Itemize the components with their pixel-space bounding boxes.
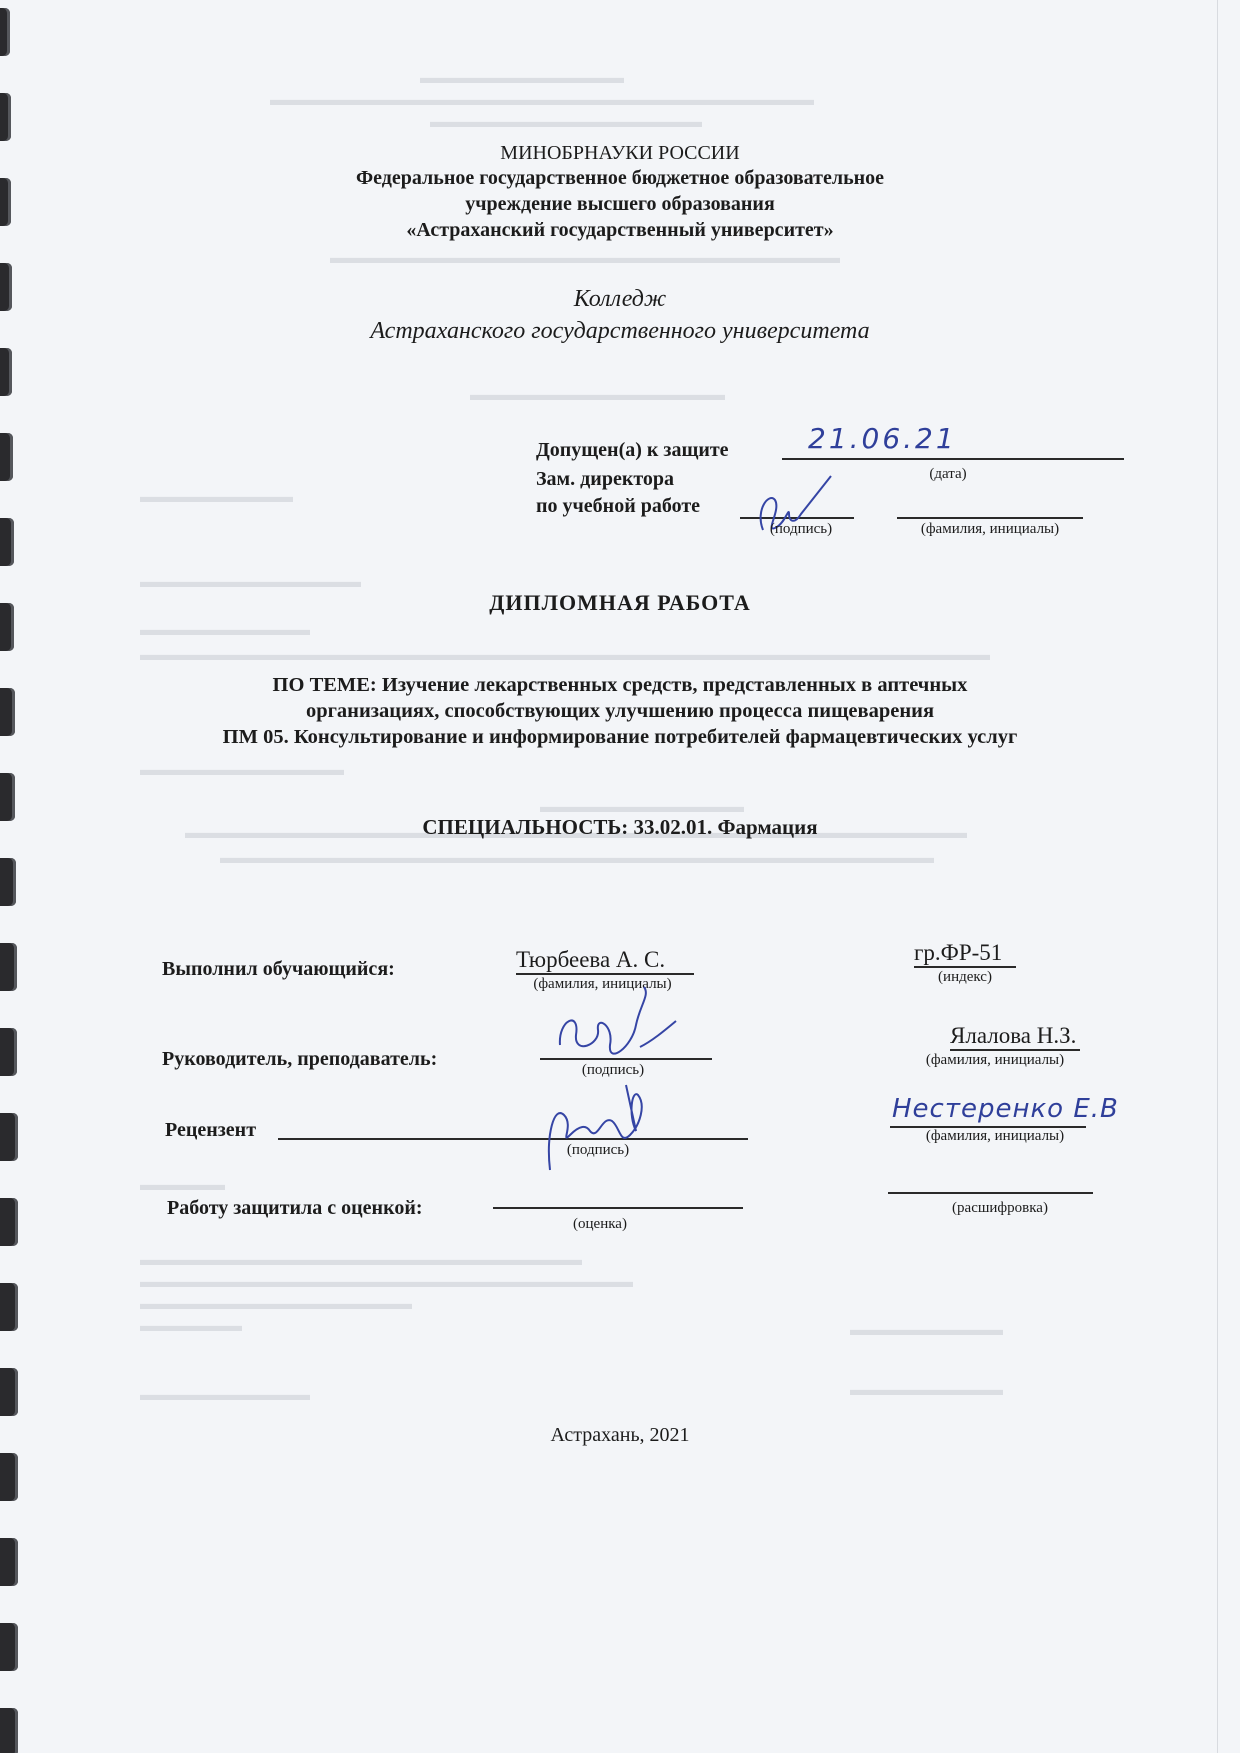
supervisor-name-caption: (фамилия, инициалы) [905, 1052, 1085, 1069]
reviewer-signature [520, 1075, 660, 1185]
binding-ring [0, 1623, 18, 1671]
binding-ring [0, 1113, 18, 1161]
admitted-date-line [782, 458, 1124, 460]
institution-line-2: учреждение высшего образования [0, 193, 1240, 216]
admitted-label: Допущен(а) к защите [536, 439, 729, 462]
supervisor-name-underline [950, 1049, 1080, 1051]
reviewer-signature-caption: (подпись) [553, 1142, 643, 1159]
admitted-date-value: 21.06.21 [808, 422, 957, 455]
institution-line-1: Федеральное государственное бюджетное об… [0, 167, 1240, 190]
deputy-title-line-1: Зам. директора [536, 468, 674, 491]
binding-ring [0, 1453, 18, 1501]
topic-line-1: ПО ТЕМЕ: Изучение лекарственных средств,… [0, 674, 1240, 697]
deputy-name-caption: (фамилия, инициалы) [895, 521, 1085, 538]
binding-ring [0, 433, 13, 481]
student-group-caption: (индекс) [914, 969, 1016, 986]
reviewer-name: Нестеренко Е.В [892, 1094, 1119, 1124]
binding-ring [0, 1198, 18, 1246]
binding-ring [0, 1708, 18, 1753]
binding-ring [0, 773, 15, 821]
binding-ring [0, 518, 14, 566]
supervisor-label: Руководитель, преподаватель: [162, 1048, 437, 1071]
college-line-2: Астраханского государственного университ… [0, 318, 1240, 345]
date-caption: (дата) [888, 466, 1008, 483]
student-group-underline [914, 966, 1016, 968]
binding-ring [0, 348, 12, 396]
deputy-signature-caption: (подпись) [756, 521, 846, 538]
student-name: Тюрбеева А. С. [516, 947, 665, 973]
decoding-caption: (расшифровка) [930, 1200, 1070, 1217]
decoding-line [888, 1192, 1093, 1194]
binding-ring [0, 1283, 18, 1331]
grade-line [493, 1207, 743, 1209]
defense-label: Работу защитила с оценкой: [167, 1197, 423, 1220]
student-name-underline [516, 973, 694, 975]
specialty: СПЕЦИАЛЬНОСТЬ: 33.02.01. Фармация [0, 815, 1240, 840]
student-label: Выполнил обучающийся: [162, 958, 395, 981]
professional-module: ПМ 05. Консультирование и информирование… [0, 726, 1240, 749]
binding-ring [0, 8, 10, 56]
deputy-title-line-2: по учебной работе [536, 495, 700, 518]
student-group: гр.ФР-51 [914, 940, 1002, 966]
city-year: Астрахань, 2021 [0, 1424, 1240, 1447]
grade-caption: (оценка) [555, 1216, 645, 1233]
binding-ring [0, 93, 11, 141]
reviewer-name-caption: (фамилия, инициалы) [905, 1128, 1085, 1145]
binding-ring [0, 1368, 18, 1416]
page-edge [1217, 0, 1218, 1753]
binding-ring [0, 1028, 17, 1076]
college-line-1: Колледж [0, 286, 1240, 313]
topic-line-2: организациях, способствующих улучшению п… [0, 700, 1240, 723]
binding-ring [0, 943, 17, 991]
ministry-name: МИНОБРНАУКИ РОССИИ [0, 142, 1240, 165]
supervisor-name: Ялалова Н.З. [950, 1023, 1076, 1049]
deputy-signature [745, 470, 835, 550]
reviewer-signature-line [278, 1138, 748, 1140]
binding-ring [0, 858, 16, 906]
reviewer-label: Рецензент [165, 1119, 256, 1142]
document-type: ДИПЛОМНАЯ РАБОТА [0, 590, 1240, 616]
deputy-name-line [897, 517, 1083, 519]
binding-ring [0, 1538, 18, 1586]
university-name: «Астраханский государственный университе… [0, 219, 1240, 242]
